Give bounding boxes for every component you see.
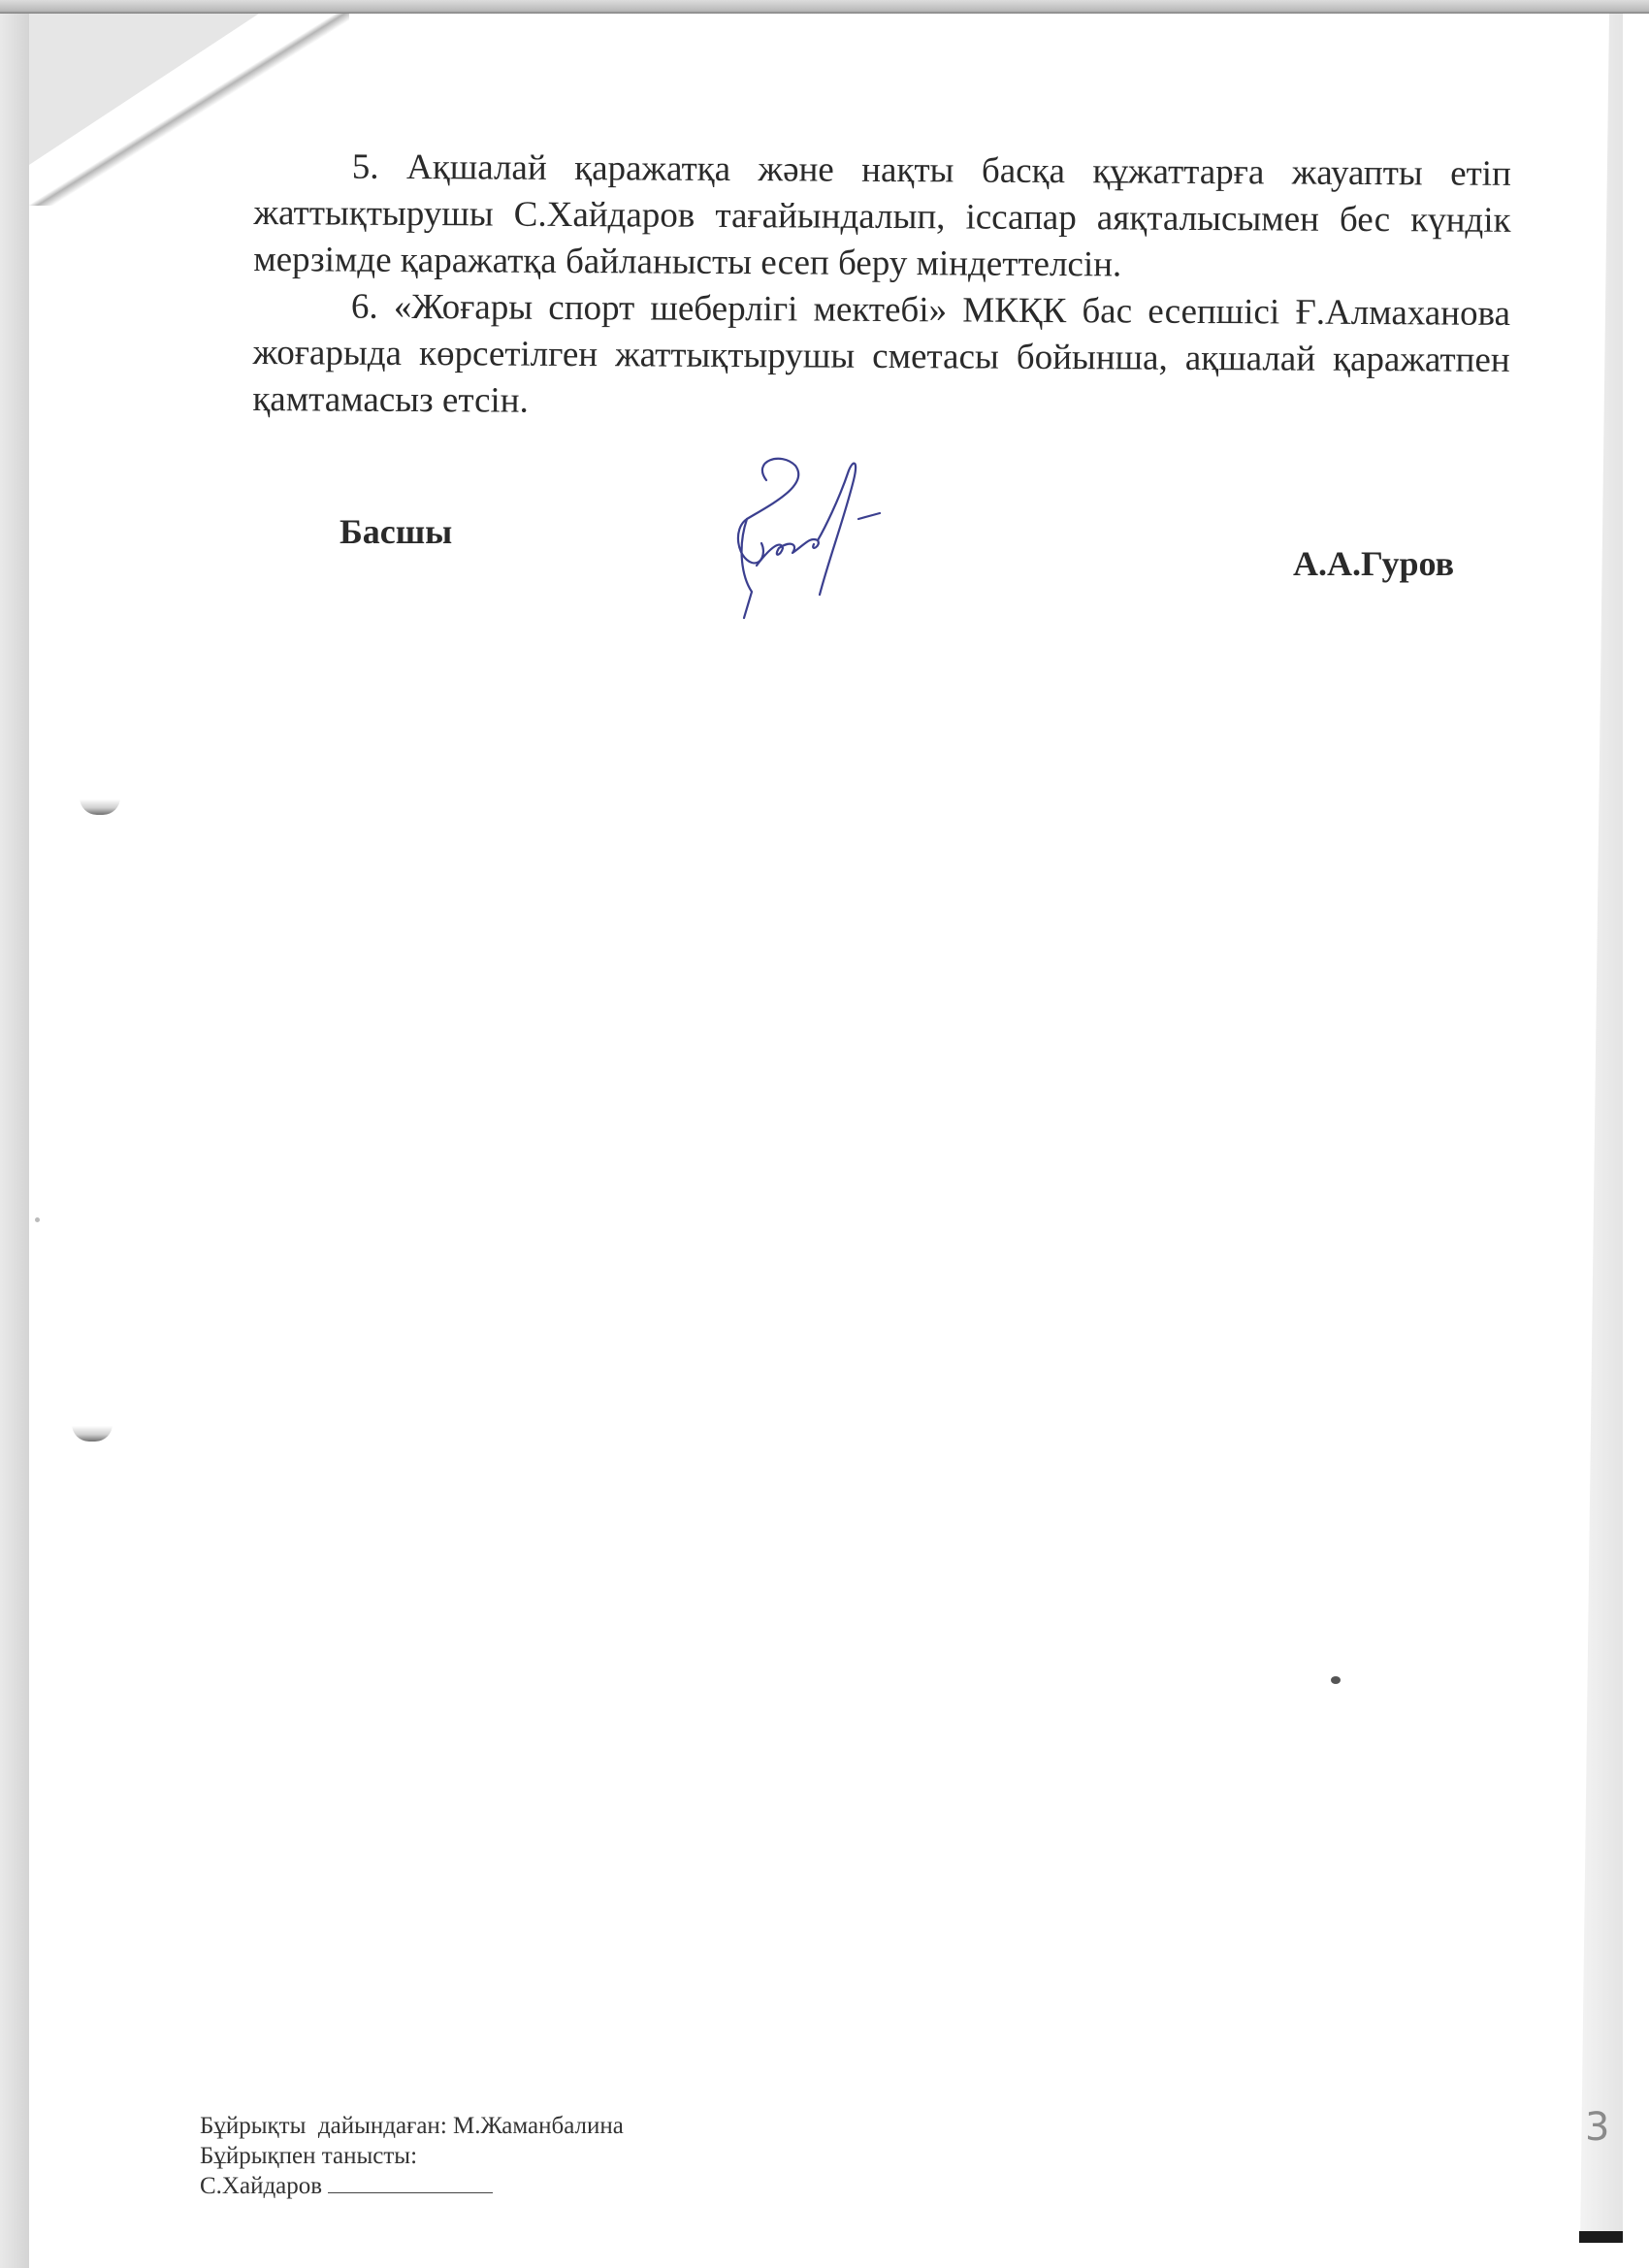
signatory-title: Басшы — [339, 511, 452, 552]
scan-right-margin — [1623, 0, 1649, 2268]
acknowledged-label: Бұйрықпен танысты: — [200, 2141, 624, 2171]
paragraph-6: 6. «Жоғары спорт шеберлігі мектебі» МКҚК… — [252, 283, 1510, 431]
ink-speck — [1331, 1676, 1341, 1684]
signature-icon — [713, 451, 921, 621]
ink-speck — [35, 1217, 40, 1222]
document-footer: Бұйрықты дайындаған: М.Жаманбалина Бұйры… — [200, 2111, 624, 2201]
paragraph-5: 5. Ақшалай қаражатқа және нақты басқа құ… — [253, 144, 1511, 291]
signatory-name: А.А.Гуров — [1293, 543, 1454, 584]
acknowledger-row: С.Хайдаров — [200, 2171, 624, 2201]
scan-left-margin — [0, 0, 29, 2268]
document-body: 5. Ақшалай қаражатқа және нақты басқа құ… — [252, 144, 1511, 431]
scan-top-edge — [0, 0, 1649, 14]
page-number: 3 — [1585, 2105, 1609, 2150]
scan-edge-mark — [1579, 2231, 1623, 2243]
signature-blank-line — [328, 2173, 493, 2193]
prepared-by: Бұйрықты дайындаған: М.Жаманбалина — [200, 2111, 624, 2141]
acknowledger-name: С.Хайдаров — [200, 2173, 322, 2199]
